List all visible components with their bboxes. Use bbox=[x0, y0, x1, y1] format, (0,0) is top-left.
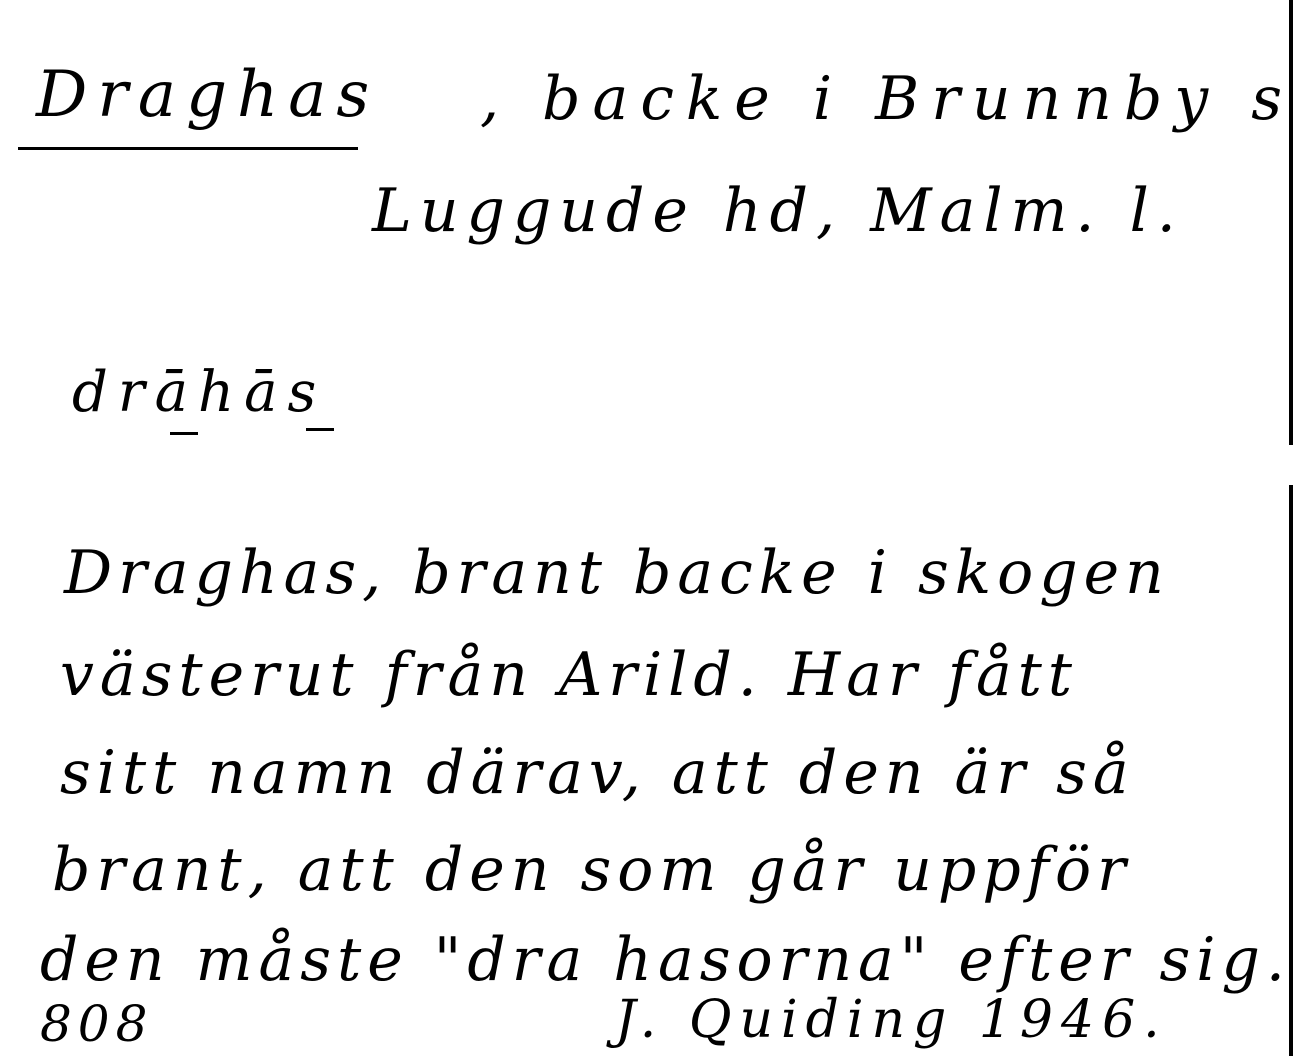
headword-underline bbox=[18, 147, 358, 150]
length-mark bbox=[306, 428, 334, 431]
length-mark bbox=[170, 432, 198, 435]
archive-card: Draghas , backe i Brunnby sn, Luggude hd… bbox=[0, 0, 1297, 1056]
signature: J. Quiding 1946. bbox=[615, 990, 1168, 1050]
body-line-5: den måste "dra hasorna" efter sig. bbox=[40, 925, 1291, 995]
headword: Draghas bbox=[36, 58, 379, 132]
card-edge bbox=[1289, 0, 1293, 1056]
body-line-4: brant, att den som går uppför bbox=[52, 835, 1132, 905]
body-line-3: sitt namn därav, att den är så bbox=[60, 738, 1135, 808]
card-number: 808 bbox=[40, 995, 153, 1053]
location-line-2: Luggude hd, Malm. l. bbox=[372, 176, 1184, 246]
body-line-2: västerut från Arild. Har fått bbox=[60, 640, 1078, 710]
body-line-1: Draghas, brant backe i skogen bbox=[64, 538, 1170, 608]
location-line-1: , backe i Brunnby sn, bbox=[480, 64, 1297, 134]
pronunciation: drāhās bbox=[72, 360, 326, 425]
